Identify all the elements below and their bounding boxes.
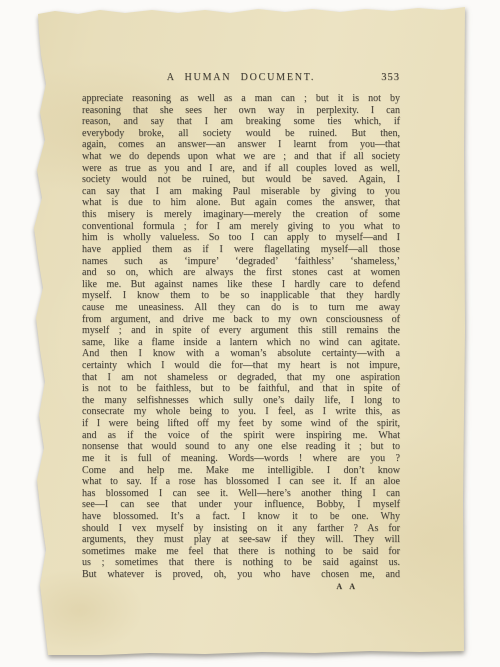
- text-line: cause me uneasiness. All they can do is …: [82, 302, 400, 314]
- text-line: should I vex myself by insisting on it a…: [82, 523, 400, 535]
- text-line: me it is full of meaning. Words—words ! …: [82, 453, 400, 465]
- text-line: Come and help me. Make me intelligible. …: [82, 465, 400, 477]
- text-line: were as true as you and I are, and if al…: [82, 163, 400, 175]
- text-line: is not to be faithless, but to be faithf…: [82, 383, 400, 395]
- text-line: and as if the voice of the spirit were i…: [82, 430, 400, 442]
- text-line: can say that I am making Paul miserable …: [82, 186, 400, 198]
- text-line: And then I know with a woman’s absolute …: [82, 348, 400, 360]
- text-line: that I am not shameless or degraded, tha…: [82, 372, 400, 384]
- text-line: see—I can see that under your influence,…: [82, 499, 400, 511]
- text-line: reason, and say that I am breaking some …: [82, 116, 400, 128]
- text-line: this misery is merely imaginary—merely t…: [82, 209, 400, 221]
- text-line: everybody broke, all society would be ru…: [82, 128, 400, 140]
- page-body-text: appreciate reasoning as well as a man ca…: [82, 93, 400, 581]
- text-line: has blossomed I can see it. Well—here’s …: [82, 488, 400, 500]
- text-line: have blossomed. It’s a fact. I know it t…: [82, 511, 400, 523]
- text-line: nonsense that would sound to any one els…: [82, 441, 400, 453]
- scan-background: A HUMAN DOCUMENT. 353 appreciate reasoni…: [0, 0, 500, 667]
- text-line: conventional formula ; for I am merely g…: [82, 221, 400, 233]
- text-line: again, comes an answer—an answer I learn…: [82, 139, 400, 151]
- text-line: have applied them as if I were flagellat…: [82, 244, 400, 256]
- text-line: what is due to him alone. But again come…: [82, 197, 400, 209]
- text-line: myself ; and in spite of every argument …: [82, 325, 400, 337]
- text-line: the many selfishnesses which sully one’s…: [82, 395, 400, 407]
- text-line: us ; sometimes that there is nothing to …: [82, 557, 400, 569]
- text-line: myself. I know them to be so inapplicabl…: [82, 290, 400, 302]
- text-line: names such as ‘impure’ ‘degraded’ ‘faith…: [82, 256, 400, 268]
- text-line: But whatever is proved, oh, you who have…: [82, 569, 400, 581]
- text-line: arguments, they must play at see-saw if …: [82, 534, 400, 546]
- running-title: A HUMAN DOCUMENT.: [82, 72, 400, 83]
- text-line: appreciate reasoning as well as a man ca…: [82, 93, 400, 105]
- text-line: reasoning that she sees her own way in p…: [82, 105, 400, 117]
- text-line: if I were being lifted off my feet by so…: [82, 418, 400, 430]
- signature-mark: A A: [82, 582, 400, 591]
- text-line: what to say. If a rose has blossomed I c…: [82, 476, 400, 488]
- text-line: certainty which I would die for—that my …: [82, 360, 400, 372]
- page-number: 353: [381, 72, 400, 83]
- text-line: society would not be ruined, but would b…: [82, 174, 400, 186]
- text-line: like me. But against names like these I …: [82, 279, 400, 291]
- text-line: from argument, and drive me back to my o…: [82, 314, 400, 326]
- text-line: sometimes make me feel that there is not…: [82, 546, 400, 558]
- text-line: same, like a flame inside a lantern whic…: [82, 337, 400, 349]
- text-line: him is wholly valueless. So too I can ap…: [82, 232, 400, 244]
- running-header: A HUMAN DOCUMENT. 353: [82, 72, 400, 86]
- text-line: consecrate my whole being to you. I feel…: [82, 406, 400, 418]
- text-line: what we do depends upon what we are ; an…: [82, 151, 400, 163]
- text-line: and so on, which are always the first st…: [82, 267, 400, 279]
